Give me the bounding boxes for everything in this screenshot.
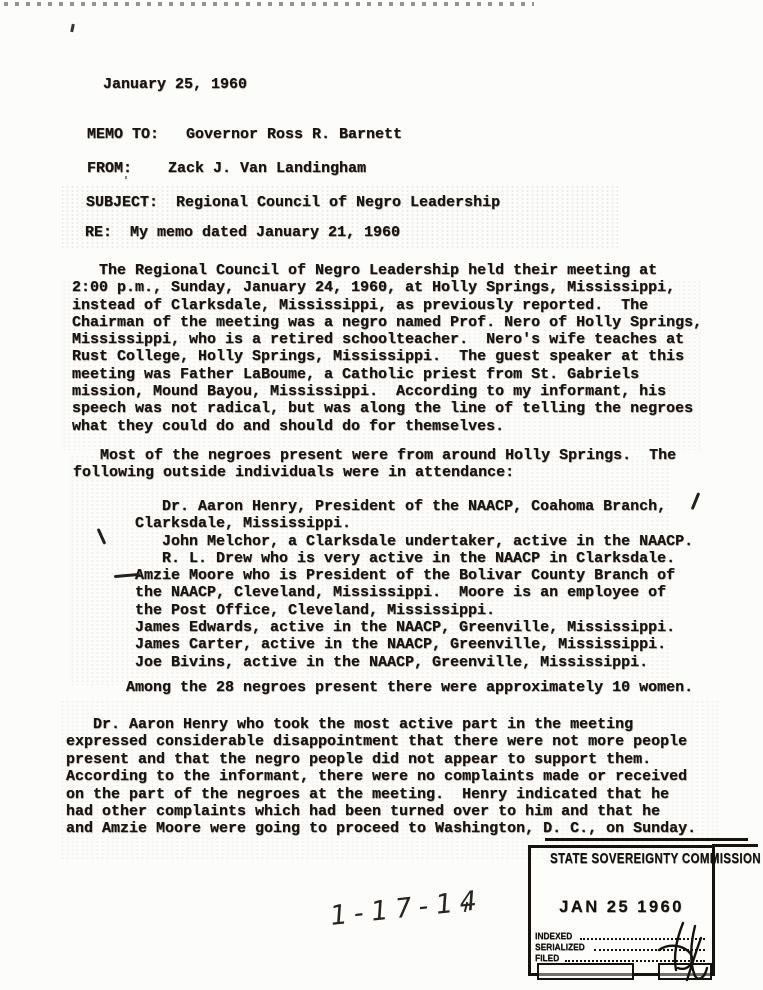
from-row: FROM: Zack J. Van Landingham: [87, 160, 366, 177]
memo-to-label: MEMO TO:: [87, 126, 159, 143]
scan-speck: [70, 24, 75, 32]
re-label: RE:: [85, 224, 112, 241]
underline-mark: [545, 838, 748, 841]
subject-row: SUBJECT: Regional Council of Negro Leade…: [86, 194, 500, 211]
memo-to-row: MEMO TO: Governor Ross R. Barnett: [87, 126, 402, 143]
from-value: Zack J. Van Landingham: [168, 160, 366, 177]
from-label: FROM:: [87, 160, 132, 177]
memo-date: January 25, 1960: [103, 76, 247, 93]
stamp-date: JAN 25 1960: [531, 898, 712, 917]
paragraph-meeting-report: The Regional Council of Negro Leadership…: [72, 262, 702, 435]
paragraph-henry-remarks: Dr. Aaron Henry who took the most active…: [66, 716, 696, 838]
subject-value: Regional Council of Negro Leadership: [176, 194, 500, 211]
memo-to-value: Governor Ross R. Barnett: [186, 126, 402, 143]
scan-edge-dotted-line: [4, 2, 534, 6]
stamp-field-indexed-label: INDEXED: [535, 932, 572, 942]
stamp-title: STATE SOVEREIGNTY COMMISSION: [550, 851, 693, 867]
attendance-count-line: Among the 28 negroes present there were …: [126, 679, 693, 696]
stamp-top-line-extension: [712, 844, 758, 847]
sovereignty-commission-stamp: STATE SOVEREIGNTY COMMISSION JAN 25 1960…: [528, 845, 715, 976]
handwritten-filing-number: 1-17-14: [329, 885, 485, 933]
scanned-memo-page: { "document": { "date_line": "January 25…: [0, 0, 763, 990]
signature-scrawl: [647, 920, 719, 984]
stamp-left-box: [537, 963, 634, 980]
re-row: RE: My memo dated January 21, 1960: [85, 224, 400, 241]
stamp-field-serialized-label: SERIALIZED: [535, 943, 585, 953]
re-value: My memo dated January 21, 1960: [130, 224, 400, 241]
attendees-list: Dr. Aaron Henry, President of the NAACP,…: [135, 498, 693, 671]
paragraph-attendance-intro: Most of the negroes present were from ar…: [73, 447, 676, 482]
subject-label: SUBJECT:: [86, 194, 158, 211]
